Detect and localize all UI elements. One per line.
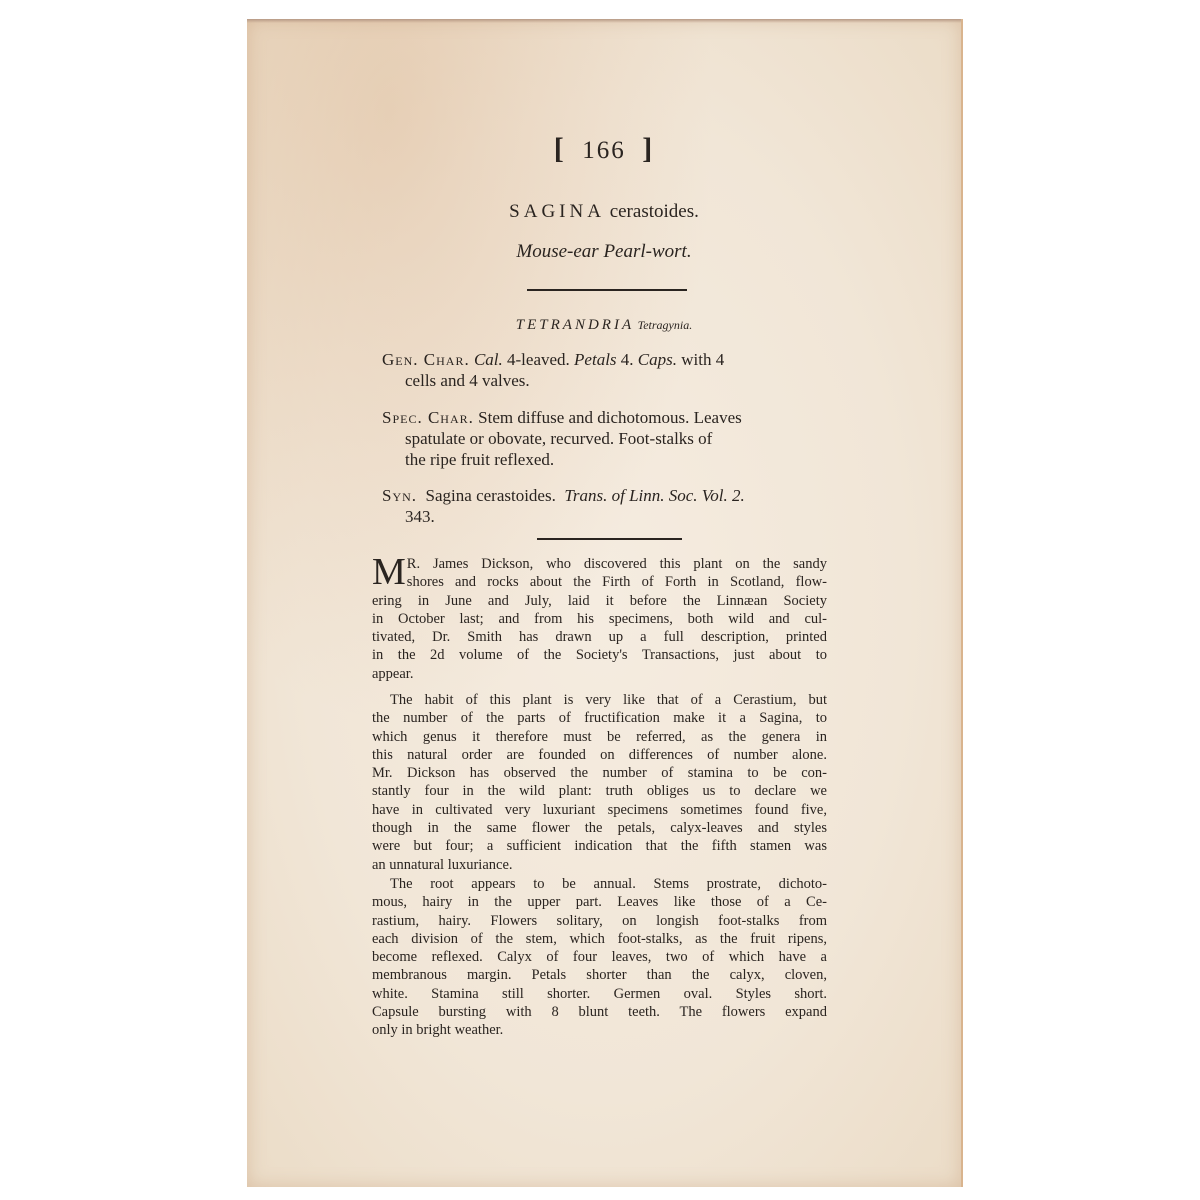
common-name: Mouse-ear Pearl-wort. [247, 241, 961, 263]
paragraph-line: Capsule bursting with 8 blunt teeth. The… [372, 1003, 827, 1021]
paragraph-line: each division of the stem, which foot-st… [372, 930, 827, 948]
paragraph-line: become reflexed. Calyx of four leaves, t… [372, 948, 827, 966]
paragraph-line: The root appears to be annual. Stems pro… [372, 875, 827, 893]
spec-char-text: the ripe fruit reflexed. [382, 449, 842, 470]
paragraph-line: The habit of this plant is very like tha… [372, 691, 827, 709]
species-name: cerastoides. [610, 201, 699, 222]
paragraph-line: were but four; a sufficient indication t… [372, 837, 827, 855]
gen-char-label: Gen. Char. [382, 350, 470, 369]
syn-label: Syn. [382, 486, 417, 505]
paragraph-line: have in cultivated very luxuriant specim… [372, 801, 827, 819]
drop-cap: M [372, 557, 406, 587]
gen-char-text: cells and 4 valves. [382, 370, 842, 391]
divider-rule [537, 538, 682, 540]
paragraph-line: Mr. Dickson has observed the number of s… [372, 764, 827, 782]
gen-char-text: 4-leaved. [507, 350, 570, 369]
paragraph-line: membranous margin. Petals shorter than t… [372, 966, 827, 984]
paragraph-line: ering in June and July, laid it before t… [372, 592, 827, 610]
classification: TETRANDRIA Tetragynia. [247, 317, 961, 334]
specific-character: Spec. Char. Stem diffuse and dichotomous… [382, 407, 842, 470]
spec-char-text: Stem diffuse and dichotomous. Leaves [478, 408, 742, 427]
synonym: Syn. Sagina cerastoides. Trans. of Linn.… [382, 485, 842, 527]
gen-char-text: Petals [574, 350, 617, 369]
syn-text: Sagina cerastoides. [426, 486, 556, 505]
generic-character: Gen. Char. Cal. 4-leaved. Petals 4. Caps… [382, 349, 842, 391]
paragraph-line: only in bright weather. [372, 1021, 827, 1039]
paragraph-line: in the 2d volume of the Society's Transa… [372, 646, 827, 664]
paragraph-habit: The habit of this plant is very like tha… [372, 691, 827, 874]
spec-char-label: Spec. Char. [382, 408, 474, 427]
species-title: SAGINA cerastoides. [247, 201, 961, 223]
paragraph-description: The root appears to be annual. Stems pro… [372, 875, 827, 1040]
paragraph-line: R. James Dickson, who discovered this pl… [372, 555, 827, 573]
syn-text: 343. [382, 506, 842, 527]
paragraph-line: in October last; and from his specimens,… [372, 610, 827, 628]
spec-char-text: spatulate or obovate, recurved. Foot-sta… [382, 428, 842, 449]
gen-char-text: Cal. [474, 350, 503, 369]
bracket-close: ] [642, 132, 654, 165]
page-number: [ 166 ] [247, 132, 961, 166]
paragraph-line: though in the same flower the petals, ca… [372, 819, 827, 837]
gen-char-text: 4. [621, 350, 634, 369]
page-number-value: 166 [582, 137, 626, 164]
paragraph-discovery: M R. James Dickson, who discovered this … [372, 555, 827, 683]
paragraph-line: shores and rocks about the Firth of Fort… [372, 573, 827, 591]
paragraph-line: mous, hairy in the upper part. Leaves li… [372, 893, 827, 911]
paragraph-line: an unnatural luxuriance. [372, 856, 827, 874]
linnaean-class: TETRANDRIA [516, 317, 634, 333]
gen-char-text: with 4 [681, 350, 724, 369]
syn-reference: Trans. of Linn. Soc. Vol. 2. [564, 486, 744, 505]
paragraph-line: rastium, hairy. Flowers solitary, on lon… [372, 912, 827, 930]
paragraph-line: which genus it therefore must be referre… [372, 728, 827, 746]
bracket-open: [ [554, 132, 566, 165]
paragraph-line: tivated, Dr. Smith has drawn up a full d… [372, 628, 827, 646]
paragraph-line: white. Stamina still shorter. Germen ova… [372, 985, 827, 1003]
linnaean-order: Tetragynia. [638, 318, 693, 332]
genus-name: SAGINA [509, 201, 605, 222]
paragraph-line: the number of the parts of fructificatio… [372, 709, 827, 727]
paragraph-line: this natural order are founded on differ… [372, 746, 827, 764]
book-page: [ 166 ] SAGINA cerastoides. Mouse-ear Pe… [247, 19, 963, 1187]
divider-rule [527, 289, 687, 291]
gen-char-text: Caps. [638, 350, 677, 369]
paragraph-line: stantly four in the wild plant: truth ob… [372, 782, 827, 800]
paragraph-line: appear. [372, 665, 827, 683]
